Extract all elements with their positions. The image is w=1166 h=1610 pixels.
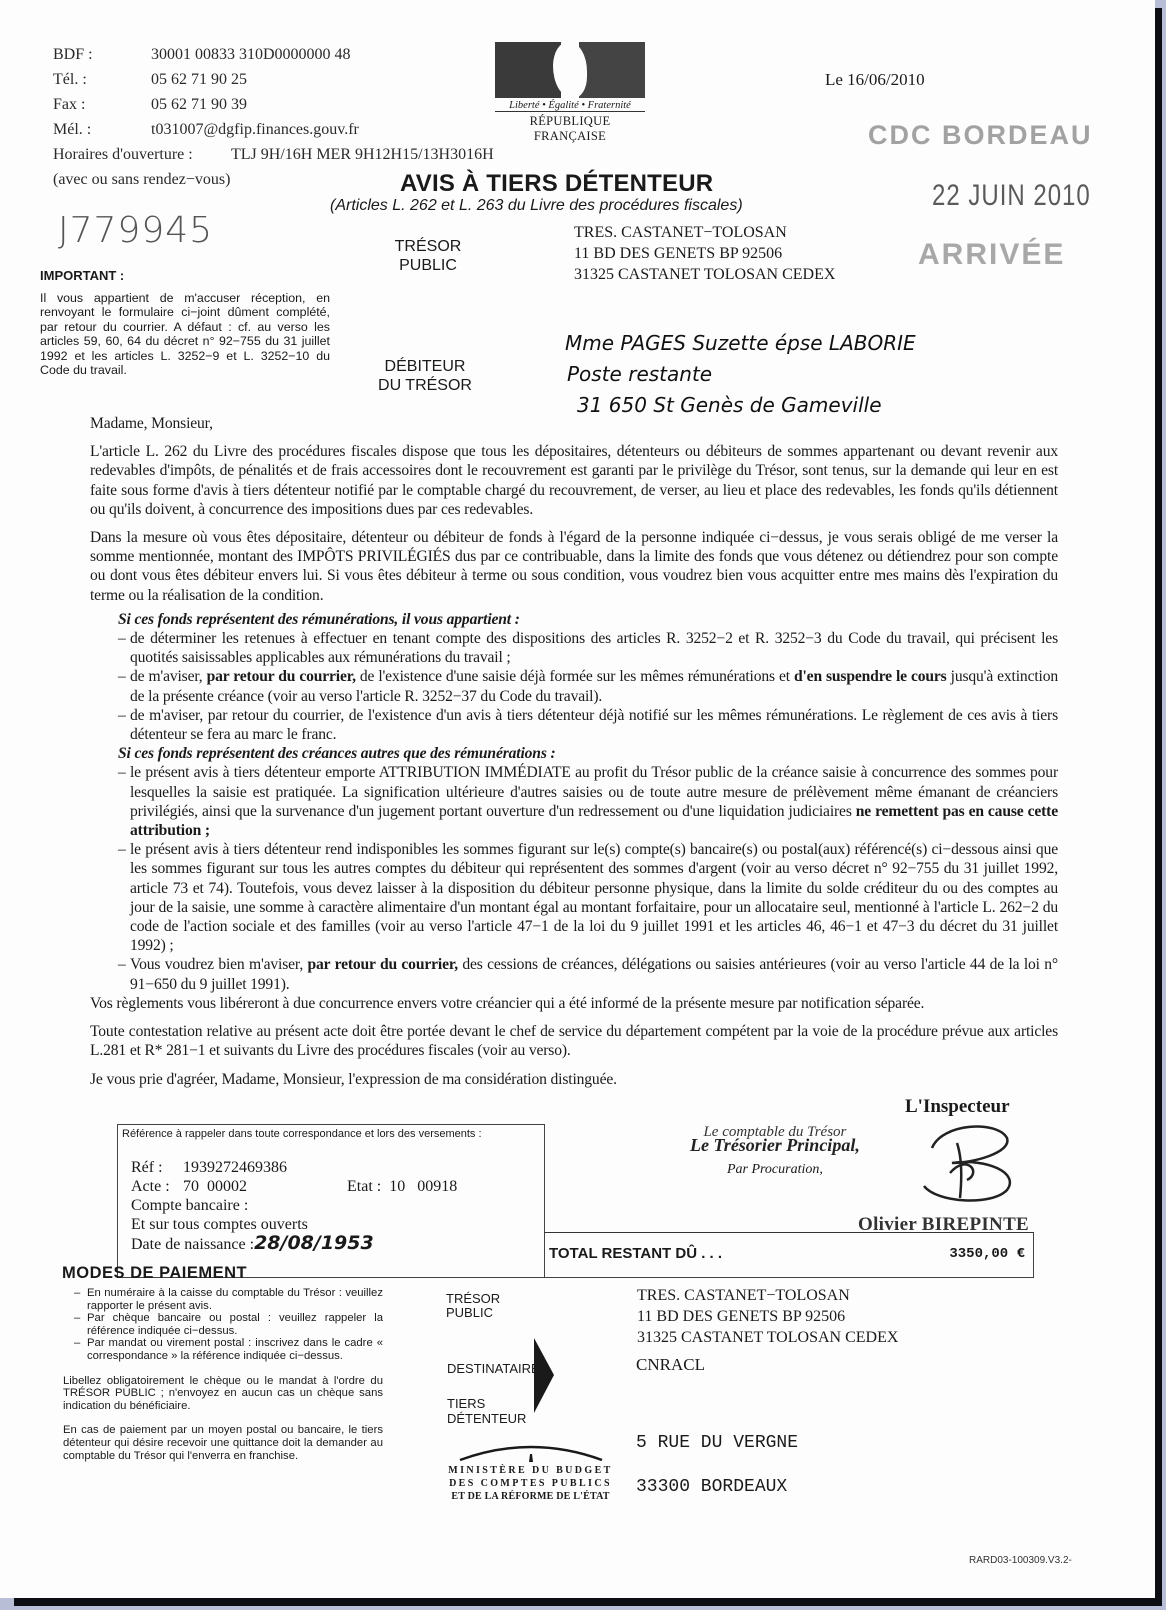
arrow-right-icon — [534, 1338, 554, 1413]
total-box: TOTAL RESTANT DÛ . . . 3350,00 € — [544, 1232, 1034, 1278]
contact-bdf: BDF :30001 00833 310D0000000 48 — [53, 42, 494, 67]
list-item: Vous voudrez bien m'aviser, par retour d… — [90, 955, 1058, 993]
document-page: BDF :30001 00833 310D0000000 48 Tél. :05… — [0, 0, 1155, 1598]
section-remunerations-heading: Si ces fonds représentent des rémunérati… — [118, 610, 1058, 629]
signature-block: Le comptable du Trésor Le Trésorier Prin… — [690, 1124, 860, 1178]
list-item: de m'aviser, par retour du courrier, de … — [90, 706, 1058, 744]
handwritten-reference: J779945 — [58, 210, 213, 251]
payment-mode-item: Par chèque bancaire ou postal : veuillez… — [73, 1312, 383, 1337]
sender-address: TRES. CASTANET−TOLOSAN 11 BD DES GENETS … — [574, 222, 835, 285]
reference-box-body: Réf :1939272469386 Acte :70 00002Etat :1… — [131, 1158, 457, 1254]
dob-row: Date de naissance :28/08/1953 — [131, 1234, 457, 1254]
total-label: TOTAL RESTANT DÛ . . . — [549, 1245, 722, 1262]
recipient-name: CNRACL — [636, 1355, 705, 1375]
paragraph-1: L'article L. 262 du Livre des procédures… — [90, 442, 1058, 519]
list-item: le présent avis à tiers détenteur rend i… — [90, 840, 1058, 955]
stamp-received: ARRIVÉE — [918, 238, 1065, 272]
arc-icon — [456, 1438, 606, 1464]
ref-row: Réf :1939272469386 — [131, 1158, 457, 1177]
paragraph-3: Vos règlements vous libéreront à due con… — [90, 994, 1058, 1013]
total-amount: 3350,00 € — [949, 1246, 1025, 1262]
salutation: Madame, Monsieur, — [90, 414, 1058, 433]
closing: Je vous prie d'agréer, Madame, Monsieur,… — [90, 1070, 1058, 1089]
reference-box-header: Référence à rappeler dans toute correspo… — [122, 1128, 482, 1140]
section-creances-heading: Si ces fonds représentent des créances a… — [118, 744, 1058, 763]
opening-hours: Horaires d'ouverture :TLJ 9H/16H MER 9H1… — [53, 142, 494, 167]
list-item: le présent avis à tiers détenteur emport… — [90, 763, 1058, 840]
important-text: Il vous appartient de m'accuser réceptio… — [40, 291, 330, 377]
republique-francaise-logo: Liberté • Égalité • Fraternité RÉPUBLIQU… — [495, 42, 645, 144]
document-subtitle: (Articles L. 262 et L. 263 du Livre des … — [330, 197, 743, 215]
stamp-office: CDC BORDEAU — [868, 120, 1093, 151]
destinataire-label: DESTINATAIRE — [447, 1361, 540, 1376]
payment-instruction: Libellez obligatoirement le chèque ou le… — [63, 1375, 383, 1413]
paragraph-2: Dans la mesure où vous êtes dépositaire,… — [90, 528, 1058, 605]
marianne-icon — [495, 42, 645, 98]
payment-receipt-note: En cas de paiement par un moyen postal o… — [63, 1424, 383, 1462]
payment-modes-heading: MODES DE PAIEMENT — [62, 1264, 247, 1283]
logo-republic: RÉPUBLIQUE FRANÇAISE — [495, 114, 645, 144]
letter-body: Madame, Monsieur, L'article L. 262 du Li… — [90, 414, 1058, 1089]
important-heading: IMPORTANT : — [40, 268, 124, 283]
divider — [544, 1124, 545, 1232]
payment-mode-item: En numéraire à la caisse du comptable du… — [73, 1287, 383, 1312]
document-title: AVIS À TIERS DÉTENTEUR — [400, 170, 713, 198]
contact-fax: Fax :05 62 71 90 39 — [53, 92, 494, 117]
form-code: RARD03-100309.V3.2- — [969, 1555, 1072, 1566]
tiers-detenteur-label: TIERS DÉTENTEUR — [447, 1397, 526, 1426]
compte-bancaire: Compte bancaire : — [131, 1196, 457, 1215]
list-item: de m'aviser, par retour du courrier, de … — [90, 667, 1058, 705]
stamp-received-date: 22 JUIN 2010 — [932, 179, 1091, 214]
payment-mode-item: Par mandat ou virement postal : inscrive… — [73, 1337, 383, 1362]
logo-motto: Liberté • Égalité • Fraternité — [495, 100, 645, 112]
paragraph-4: Toute contestation relative au présent a… — [90, 1022, 1058, 1060]
debtor-handwritten-address: Mme PAGES Suzette épse LABORIE Poste res… — [565, 328, 916, 421]
sender-address-2: TRES. CASTANET−TOLOSAN 11 BD DES GENETS … — [637, 1285, 898, 1348]
tresor-public-label-2: TRÉSOR PUBLIC — [446, 1292, 500, 1320]
inspecteur-title: L'Inspecteur — [905, 1096, 1010, 1118]
list-item: de déterminer les retenues à effectuer e… — [90, 629, 1058, 667]
ministry-logo: MINISTÈRE DU BUDGET DES COMPTES PUBLICS … — [443, 1438, 618, 1503]
letter-date: Le 16/06/2010 — [825, 70, 925, 90]
tresor-public-label: TRÉSOR PUBLIC — [378, 237, 478, 275]
contact-tel: Tél. :05 62 71 90 25 — [53, 67, 494, 92]
acte-row: Acte :70 00002Etat :10 00918 — [131, 1177, 457, 1196]
contact-email: Mél. :t031007@dgfip.finances.gouv.fr — [53, 117, 494, 142]
payment-modes: En numéraire à la caisse du comptable du… — [63, 1287, 383, 1462]
signature-scribble-icon — [912, 1118, 1022, 1206]
debiteur-label: DÉBITEUR DU TRÉSOR — [370, 357, 480, 395]
reference-box: Référence à rappeler dans toute correspo… — [117, 1124, 545, 1278]
recipient-address: 5 RUE DU VERGNE 33300 BORDEAUX — [636, 1421, 798, 1509]
